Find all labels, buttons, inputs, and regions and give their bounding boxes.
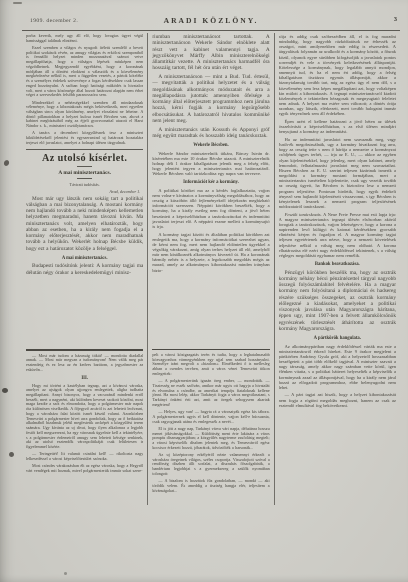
article-headline: Az utolsó kísérlet. [26, 153, 143, 164]
scan-speck [64, 572, 67, 575]
article-kicker: Távirati tudósítás. [26, 182, 143, 187]
masthead: 1909. december 2. ARADI KÖZLÖNY. 3 [22, 14, 400, 29]
paragraph: Ezzel szemben a világos és nyugodt ítéle… [26, 46, 143, 98]
paragraph: A kormány tagjai között és általában pol… [152, 232, 269, 273]
newspaper-title: ARADI KÖZLÖNY. [22, 16, 400, 25]
paragraph-text: A Neue Freie Presse mai esti lapja írja:… [279, 212, 396, 258]
paragraph: sítja és addig csak szóbeszédben áll, el… [279, 34, 396, 117]
column-2-news: riumban minisztertanácsot tartottak. A m… [152, 34, 269, 347]
decorative-rule [77, 166, 92, 167]
paragraph: porba keverik, mely ugy áll elő, hogy lo… [26, 34, 143, 43]
chapter-numeral: III. [26, 376, 143, 381]
column-1-news: porba keverik, mely ugy áll elő, hogy lo… [26, 34, 143, 347]
feuilleton-divider-rule [152, 349, 269, 350]
column-1-feuilleton: — Most már tudom a házasság titkát! — mo… [26, 354, 143, 505]
decorative-rule [77, 178, 92, 179]
feuilleton-dialog: — Teringettét! Itt valamit csinálni kell… [26, 452, 143, 461]
paragraph: A tanács a decemberi közgyűlésnek tesz a… [26, 131, 143, 145]
article-dateline: Arad, december 1. [26, 189, 140, 194]
paragraph: pelt a városi közigazgatás terén és tudt… [152, 353, 269, 377]
subheading-informaciot-ker: Információt kér a kormány. [152, 180, 269, 185]
paragraph: Ha az indemnitási javaslatot nem szavazn… [279, 137, 396, 209]
paragraph: Az uj középtorony erkélyéről nézte valam… [152, 453, 269, 477]
subheading-bankok: Bankok beavatkozása. [279, 262, 396, 267]
subheading-partkorok: A pártkörök hangulata. [279, 336, 396, 341]
paragraph: Budapesti tudósítónk jelenti: A kormány … [26, 263, 143, 276]
paragraph: Az alkotmánypártban nagy érdeklődéssel v… [279, 344, 396, 390]
paragraph: Hogy mi történt a kastélyban tegnap, azt… [26, 384, 143, 450]
column-2-feuilleton: pelt a városi közigazgatás terén és tudt… [152, 353, 269, 505]
paragraph: A politikai köröket ma az a kérdés fogla… [152, 188, 269, 229]
feuilleton-dialog: — A polgármesterünk igazán öreg ember, —… [152, 379, 269, 407]
feuilleton-dialog: — Most már tudom a házasság titkát! — mo… [26, 354, 143, 373]
article-lead-paragraph: Most már ugy látszik nem sokáig tart a p… [26, 196, 143, 252]
paragraph: Pénzügyi körökben beszélik ma, hogy az o… [279, 270, 396, 333]
scan-speck [13, 2, 22, 4]
article-subtitle: A mai minisztertanács. [26, 170, 143, 176]
paragraph: A minisztertanács után Kossuth és Appony… [152, 127, 269, 140]
feuilleton-dialog: — Helyes, ugy van! — hagyta rá a városat… [152, 410, 269, 424]
column-1: porba keverik, mely ugy áll elő, hogy lo… [22, 33, 147, 505]
column-container: porba keverik, mely ugy áll elő, hogy lo… [22, 33, 400, 505]
newspaper-page-scan: 1909. december 2. ARADI KÖZLÖNY. 3 porba… [0, 0, 408, 582]
article-headline-block: Az utolsó kísérlet. A mai minisztertanác… [26, 153, 143, 187]
paragraph: A minisztertanácson — mint a Bud. Tud. é… [152, 74, 269, 124]
column-2: riumban minisztertanácsot tartottak. A m… [147, 33, 273, 505]
paragraph: — A párt tagjai azt hiszik, hogy a helyz… [279, 392, 396, 407]
paragraph-with-italic-lead: Feszült tanácskozás. A Neue Freie Presse… [279, 212, 396, 258]
subheading-wekerle-becsben: Wekerle Bécsben. [152, 143, 269, 148]
paragraph: Mindezekkel a nehézségekkel szemben áll … [26, 101, 143, 129]
feuilleton-divider-rule [26, 349, 143, 351]
subheading-minisztertanacs: A mai minisztertanács. [26, 256, 143, 261]
feuilleton-dialog: — A bizalom is hozzátok fűz gondolatban,… [152, 479, 269, 493]
masthead-rule [22, 30, 400, 31]
column-3: sítja és addig csak szóbeszédben áll, el… [274, 33, 400, 505]
paragraph: El is jött a nagy nap, Tarkányi várva vá… [152, 427, 269, 451]
page-number: 3 [394, 16, 397, 23]
paragraph: riumban minisztertanácsot tartottak. A m… [152, 34, 269, 72]
scan-speck [9, 452, 14, 457]
scan-speck [2, 388, 8, 393]
paragraph: Wekerle Sándor miniszterelnök titkára, B… [152, 151, 269, 177]
column-3-news: sítja és addig csak szóbeszédben áll, el… [279, 34, 396, 505]
scan-speck [3, 159, 10, 167]
paragraph: Most csöndes várakozásban élt az egész v… [26, 464, 143, 473]
paragraph: Épen azért el kellene határozni a jövő h… [279, 119, 396, 134]
article-top-rule [26, 149, 143, 150]
